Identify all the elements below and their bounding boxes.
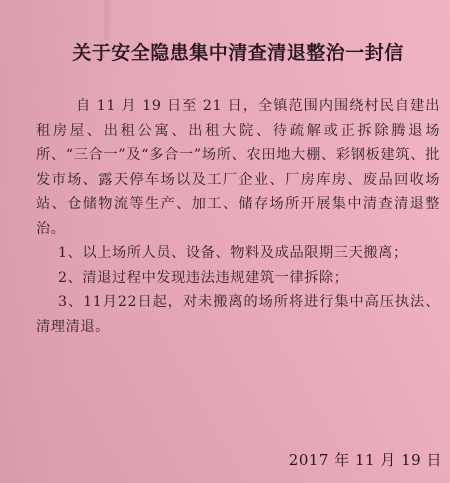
intro-paragraph: 自 11 月 19 日至 21 日，全镇范围内围绕村民自建出租房屋、出租公寓、出… <box>36 94 440 241</box>
list-item-3: 3、11月22日起，对未搬离的场所将进行集中高压执法、清理清退。 <box>36 290 440 339</box>
document-body: 自 11 月 19 日至 21 日，全镇范围内围绕村民自建出租房屋、出租公寓、出… <box>36 94 440 339</box>
paper-fold-mark <box>104 0 110 40</box>
document-title: 关于安全隐患集中清查清退整治一封信 <box>0 38 450 65</box>
list-item-2: 2、清退过程中发现违法违规建筑一律拆除； <box>36 266 440 291</box>
document-date: 2017 年 11 月 19 日 <box>289 449 442 470</box>
list-item-1: 1、以上场所人员、设备、物料及成品限期三天搬离； <box>36 241 440 266</box>
